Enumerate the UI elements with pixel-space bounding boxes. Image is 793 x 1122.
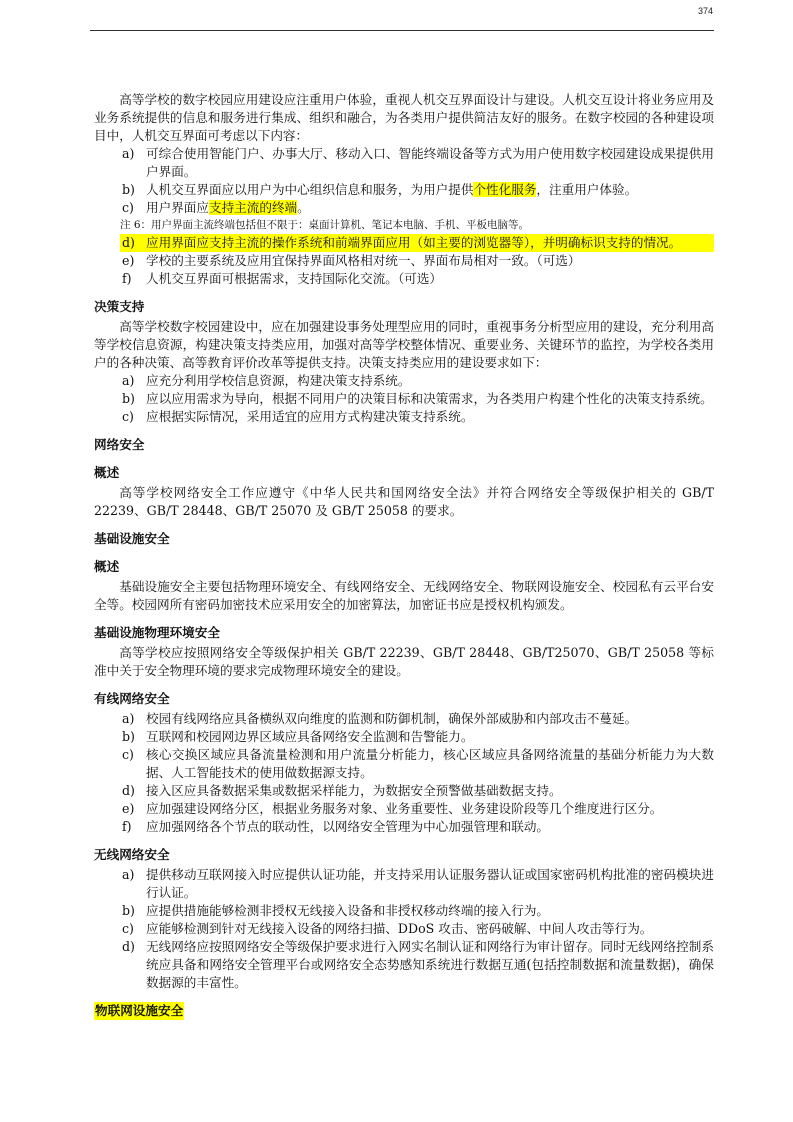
section-paragraph: 高等学校应按照网络安全等级保护相关 GB/T 22239、GB/T 28448、… bbox=[94, 644, 714, 680]
list-item: e)学校的主要系统及应用宜保持界面风格相对统一、界面布局相对一致。（可选） bbox=[94, 252, 714, 270]
subsection-heading: 基础设施物理环境安全 bbox=[94, 624, 714, 642]
list-item: c)应能够检测到针对无线接入设备的网络扫描、DDoS 攻击、密码破解、中间人攻击… bbox=[94, 920, 714, 938]
intro-paragraph: 高等学校的数字校园应用建设应注重用户体验，重视人机交互界面设计与建设。人机交互设… bbox=[94, 91, 714, 145]
intro-list-continued: d)应用界面应支持主流的操作系统和前端界面应用（如主要的浏览器等），并明确标识支… bbox=[94, 234, 714, 288]
subsection-heading: 无线网络安全 bbox=[94, 846, 714, 864]
list-item: e)应加强建设网络分区，根据业务服务对象、业务重要性、业务建设阶段等几个维度进行… bbox=[94, 800, 714, 818]
list-item: c)核心交换区域应具备流量检测和用户流量分析能力，核心区域应具备网络流量的基础分… bbox=[94, 746, 714, 782]
list-item: b)应以应用需求为导向，根据不同用户的决策目标和决策需求，为各类用户构建个性化的… bbox=[94, 390, 714, 408]
subsection-heading: 概述 bbox=[94, 464, 714, 482]
header-rule bbox=[90, 30, 714, 31]
section-paragraph: 基础设施安全主要包括物理环境安全、有线网络安全、无线网络安全、物联网设施安全、校… bbox=[94, 578, 714, 614]
section-heading: 基础设施安全 bbox=[94, 530, 714, 548]
list-item: b)应提供措施能够检测非授权无线接入设备和非授权移动终端的接入行为。 bbox=[94, 902, 714, 920]
list-item: a)应充分利用学校信息资源，构建决策支持系统。 bbox=[94, 372, 714, 390]
list-item: c)用户界面应支持主流的终端。 bbox=[94, 199, 714, 217]
list-item: f)人机交互界面可根据需求，支持国际化交流。（可选） bbox=[94, 270, 714, 288]
decision-list: a)应充分利用学校信息资源，构建决策支持系统。 b)应以应用需求为导向，根据不同… bbox=[94, 372, 714, 426]
note: 注 6：用户界面主流终端包括但不限于：桌面计算机、笔记本电脑、手机、平板电脑等。 bbox=[94, 217, 714, 234]
list-item: b)互联网和校园网边界区域应具备网络安全监测和告警能力。 bbox=[94, 728, 714, 746]
subsection-heading: 有线网络安全 bbox=[94, 690, 714, 708]
page-number: 374 bbox=[698, 6, 713, 16]
list-item: b)人机交互界面应以用户为中心组织信息和服务，为用户提供个性化服务，注重用户体验… bbox=[94, 181, 714, 199]
section-heading: 决策支持 bbox=[94, 298, 714, 316]
section-paragraph: 高等学校数字校园建设中，应在加强建设事务处理型应用的同时，重视事务分析型应用的建… bbox=[94, 318, 714, 372]
document-body: 高等学校的数字校园应用建设应注重用户体验，重视人机交互界面设计与建设。人机交互设… bbox=[94, 91, 714, 1022]
subsection-heading: 概述 bbox=[94, 558, 714, 576]
list-item-highlighted: d)应用界面应支持主流的操作系统和前端界面应用（如主要的浏览器等），并明确标识支… bbox=[120, 234, 714, 252]
list-item: c)应根据实际情况，采用适宜的应用方式构建决策支持系统。 bbox=[94, 408, 714, 426]
subsection-heading-highlighted: 物联网设施安全 bbox=[94, 1002, 714, 1020]
wired-list: a)校园有线网络应具备横纵双向维度的监测和防御机制，确保外部威胁和内部攻击不蔓延… bbox=[94, 710, 714, 836]
list-item: a)提供移动互联网接入时应提供认证功能，并支持采用认证服务器认证或国家密码机构批… bbox=[94, 866, 714, 902]
list-item: d)接入区应具备数据采集或数据采样能力，为数据安全预警做基础数据支持。 bbox=[94, 782, 714, 800]
highlighted-text: 个性化服务 bbox=[473, 182, 536, 197]
list-item: d)无线网络应按照网络安全等级保护要求进行入网实名制认证和网络行为审计留存。同时… bbox=[94, 938, 714, 992]
section-heading: 网络安全 bbox=[94, 436, 714, 454]
wireless-list: a)提供移动互联网接入时应提供认证功能，并支持采用认证服务器认证或国家密码机构批… bbox=[94, 866, 714, 992]
list-item: a)校园有线网络应具备横纵双向维度的监测和防御机制，确保外部威胁和内部攻击不蔓延… bbox=[94, 710, 714, 728]
intro-list: a)可综合使用智能门户、办事大厅、移动入口、智能终端设备等方式为用户使用数字校园… bbox=[94, 145, 714, 217]
list-item: a)可综合使用智能门户、办事大厅、移动入口、智能终端设备等方式为用户使用数字校园… bbox=[94, 145, 714, 181]
section-paragraph: 高等学校网络安全工作应遵守《中华人民共和国网络安全法》并符合网络安全等级保护相关… bbox=[94, 484, 714, 520]
list-item: f)应加强网络各个节点的联动性，以网络安全管理为中心加强管理和联动。 bbox=[94, 818, 714, 836]
highlighted-text: 支持主流的终端 bbox=[209, 200, 297, 215]
